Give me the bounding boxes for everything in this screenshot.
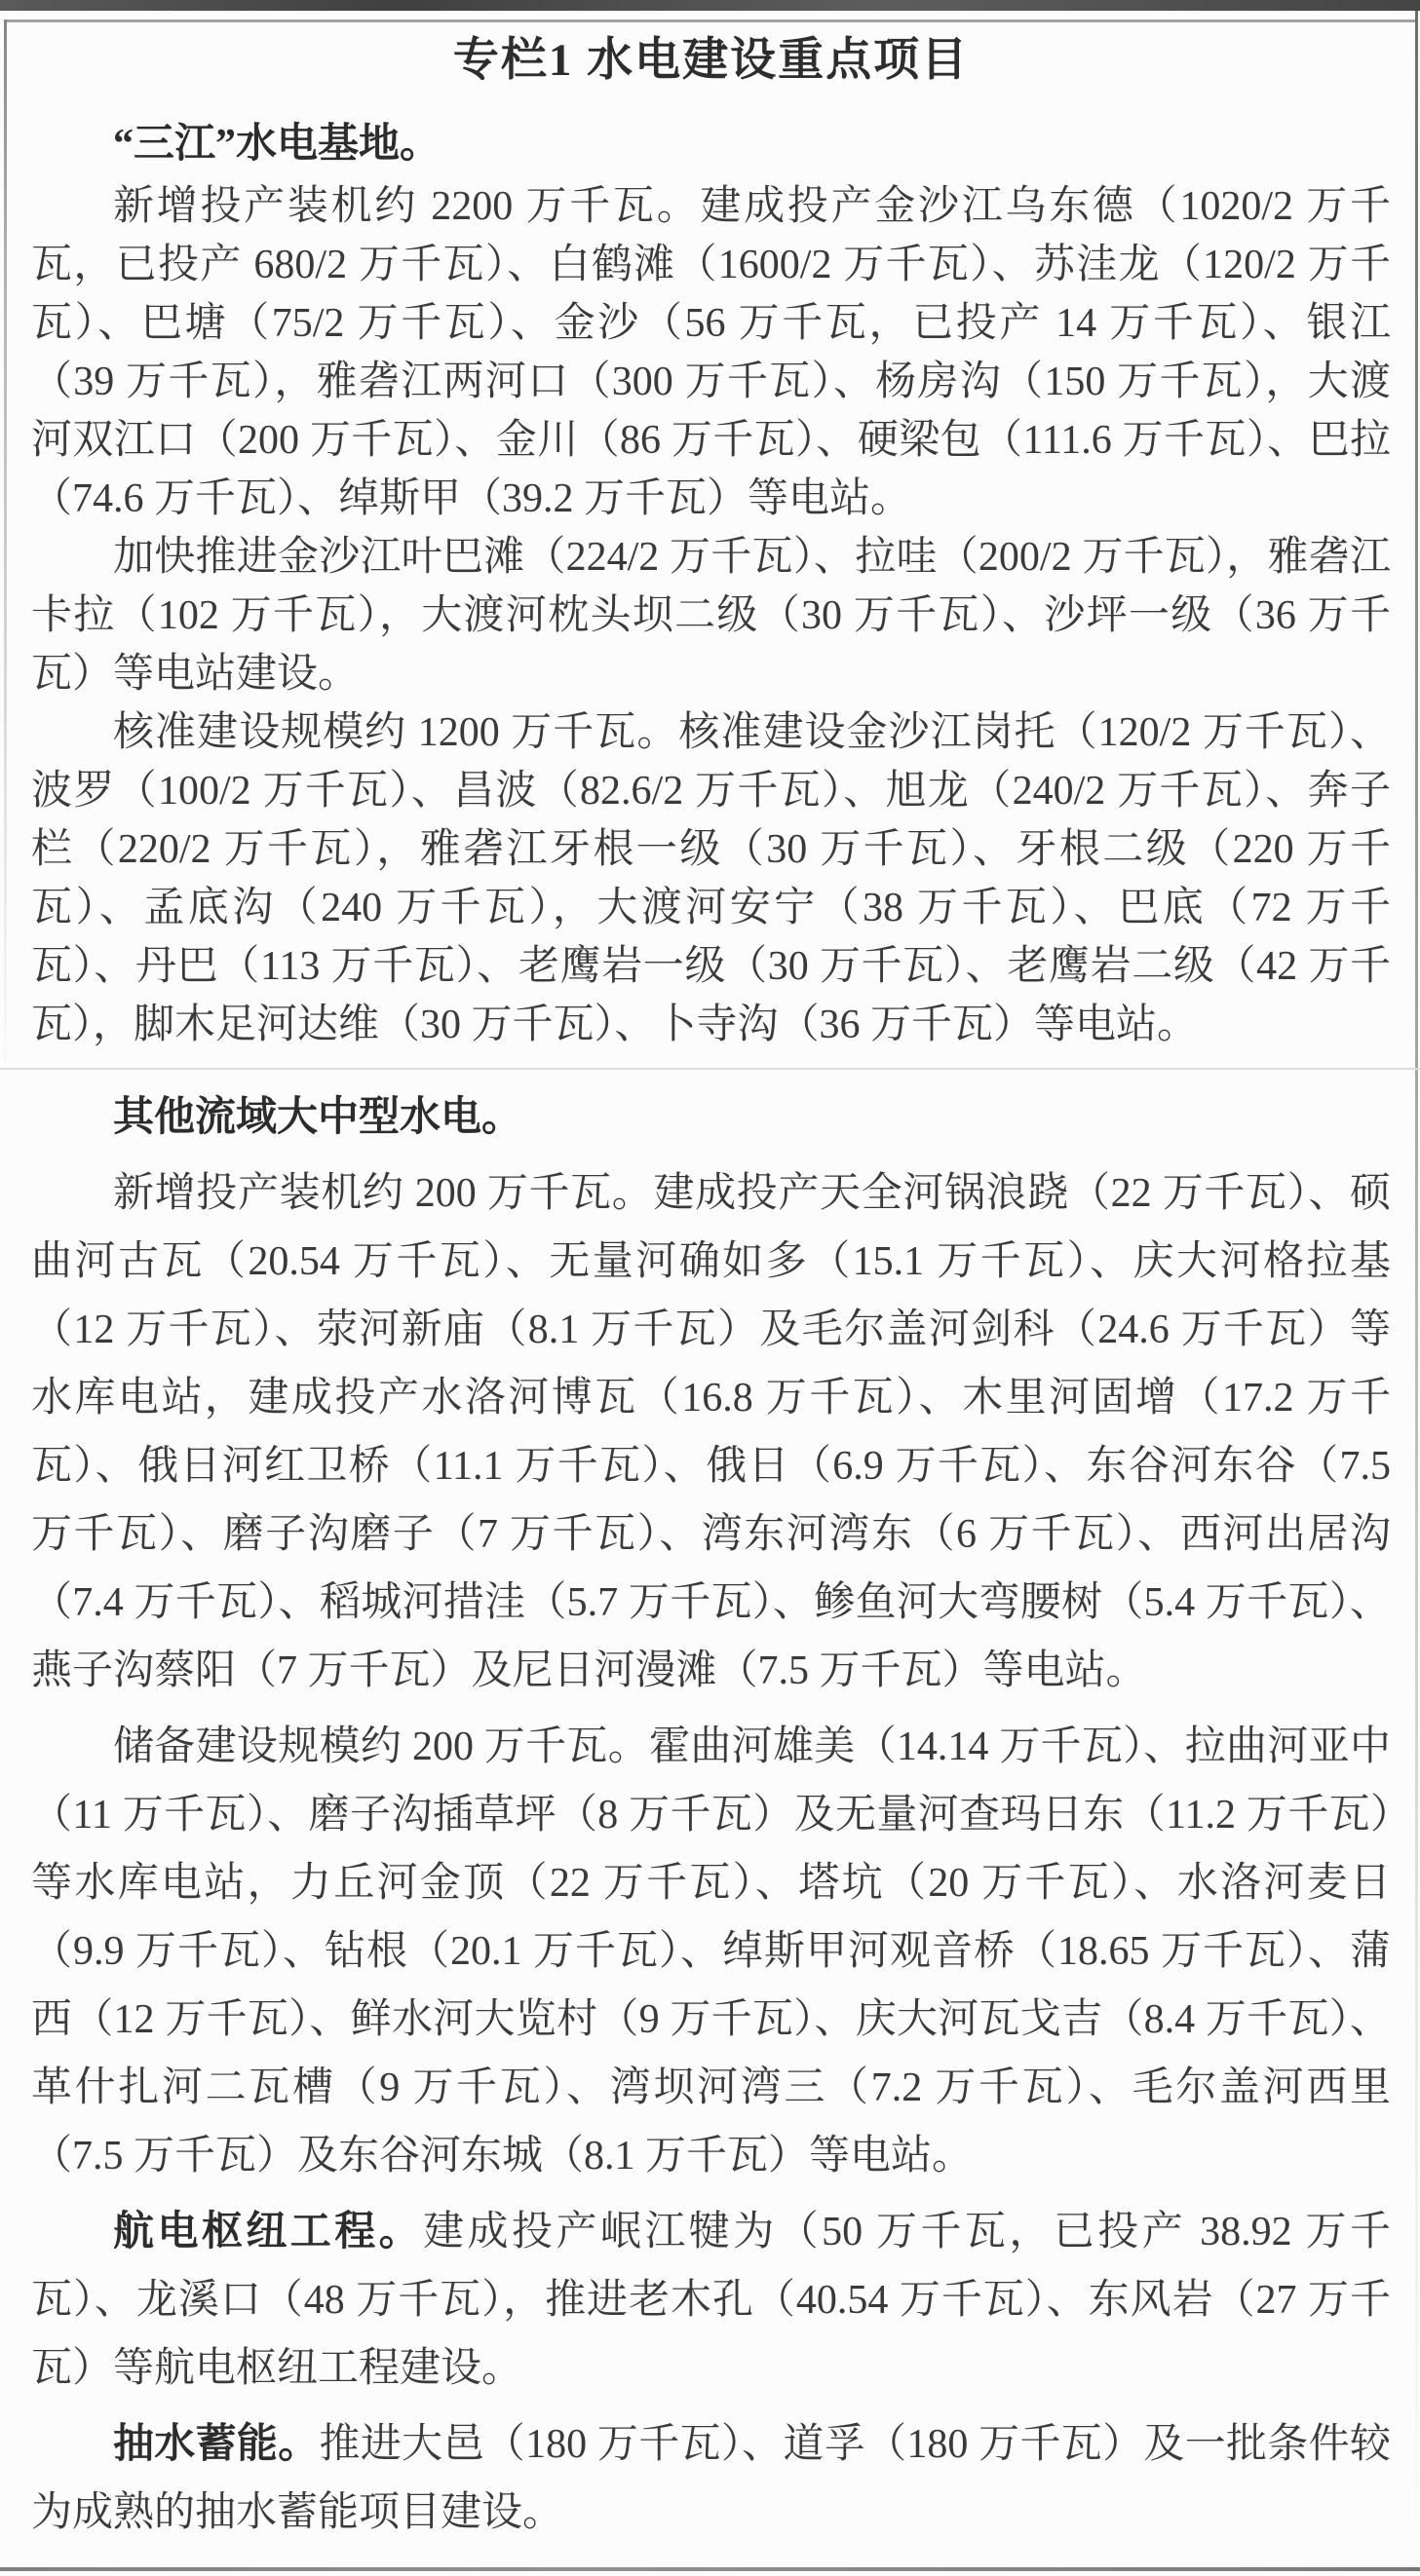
- box-title: 专栏1 水电建设重点项目: [31, 29, 1391, 92]
- box-top-border: [0, 0, 1420, 11]
- paragraph: 加快推进金沙江叶巴滩（224/2 万千瓦）、拉哇（200/2 万千瓦），雅砻江卡…: [31, 528, 1391, 703]
- section-heading: 其他流域大中型水电。: [31, 1083, 1391, 1152]
- section-other-basins: 其他流域大中型水电。 新增投产装机约 200 万千瓦。建成投产天全河锅浪跷（22…: [31, 1083, 1391, 2547]
- document-page: 专栏1 水电建设重点项目 “三江”水电基地。 新增投产装机约 2200 万千瓦。…: [0, 0, 1420, 2576]
- box-bottom-border: [0, 2567, 1420, 2571]
- paragraph-lead: 抽水蓄能。: [113, 2422, 320, 2467]
- box-right-border: [1415, 11, 1418, 2566]
- section-heading: “三江”水电基地。: [31, 115, 1391, 173]
- paragraph: 新增投产装机约 2200 万千瓦。建成投产金沙江乌东德（1020/2 万千瓦，已…: [31, 177, 1391, 528]
- paragraph: 抽水蓄能。推进大邑（180 万千瓦）、道孚（180 万千瓦）及一批条件较为成熟的…: [31, 2410, 1391, 2547]
- paragraph: 航电枢纽工程。建成投产岷江犍为（50 万千瓦，已投产 38.92 万千瓦）、龙溪…: [31, 2198, 1391, 2403]
- section-divider: [0, 1068, 1420, 1070]
- paragraph: 储备建设规模约 200 万千瓦。霍曲河雄美（14.14 万千瓦）、拉曲河亚中（1…: [31, 1713, 1391, 2190]
- paragraph: 核准建设规模约 1200 万千瓦。核准建设金沙江岗托（120/2 万千瓦）、波罗…: [31, 703, 1391, 1054]
- box-content: 专栏1 水电建设重点项目 “三江”水电基地。 新增投产装机约 2200 万千瓦。…: [31, 19, 1391, 2555]
- paragraph-lead: 航电枢纽工程。: [113, 2210, 423, 2254]
- box-left-border: [4, 19, 7, 2566]
- paragraph: 新增投产装机约 200 万千瓦。建成投产天全河锅浪跷（22 万千瓦）、硕曲河古瓦…: [31, 1159, 1391, 1705]
- section-sanjiang-hydro-base: “三江”水电基地。 新增投产装机约 2200 万千瓦。建成投产金沙江乌东德（10…: [31, 115, 1391, 1054]
